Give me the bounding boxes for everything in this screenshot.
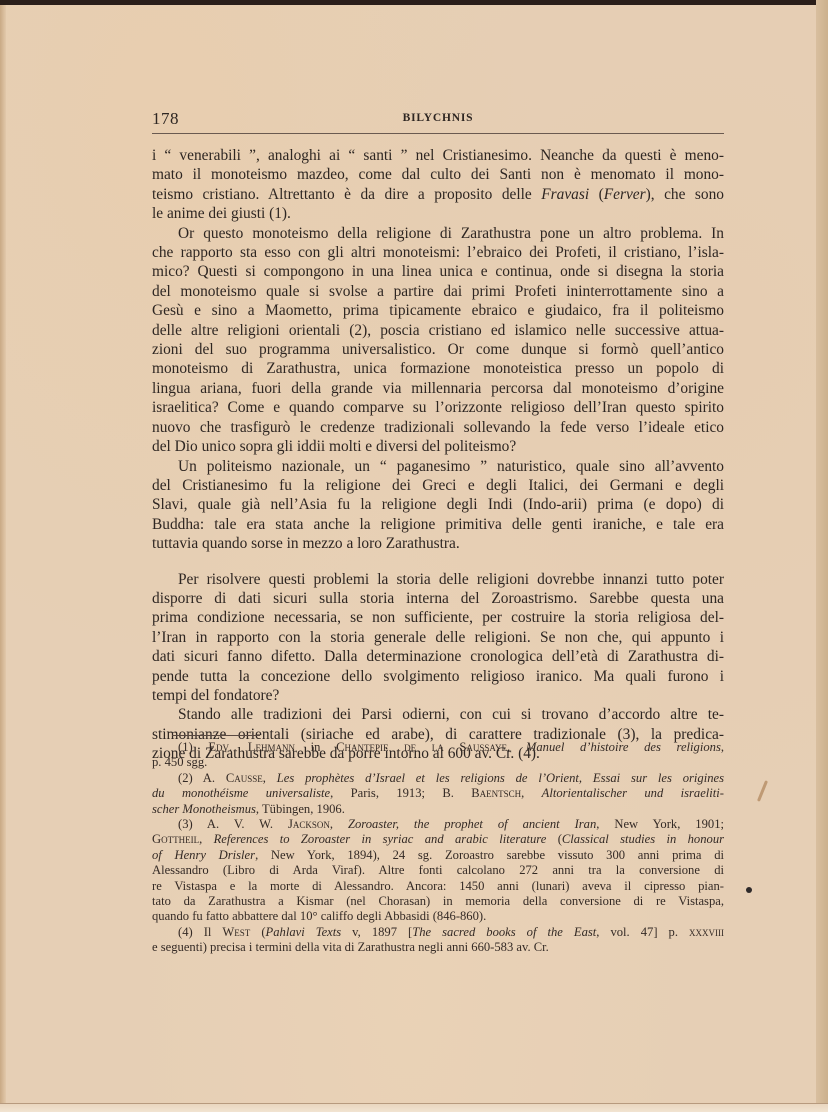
text-line: Slavi, quale già nell’Asia fu la religio… <box>152 495 724 514</box>
page-left-edge <box>0 5 6 1105</box>
book-title: Pahlavi Texts <box>266 925 342 939</box>
author-name: Gottheil <box>152 832 199 846</box>
body-text: i “ venerabili ”, analoghi ai “ santi ” … <box>152 146 724 764</box>
book-title: scher Monotheismus <box>152 802 256 816</box>
running-title: BILYCHNIS <box>152 112 724 124</box>
text-line: mato il monoteismo mazdeo, come dal cult… <box>152 165 724 184</box>
author-name: Baentsch <box>471 786 521 800</box>
paragraph-3: Un politeismo nazionale, un “ paganesimo… <box>152 457 724 554</box>
paragraph-1: i “ venerabili ”, analoghi ai “ santi ” … <box>152 146 724 224</box>
footnote-line: scher Monotheismus, Tübingen, 1906. <box>152 802 724 817</box>
footnote-number: (3) A. V. W. <box>178 817 288 831</box>
text-span: v, 1897 [ <box>341 925 412 939</box>
page-right-edge <box>816 0 828 1112</box>
text-line: nuovo che trasfigurò le credenze tradizi… <box>152 418 724 437</box>
footnote-line: (4) Il West (Pahlavi Texts v, 1897 [The … <box>152 925 724 940</box>
book-title: Zoroaster, the prophet of ancient Iran <box>348 817 596 831</box>
text-line: del Cristianesimo fu la religione dei Gr… <box>152 476 724 495</box>
page-bottom-edge <box>0 1103 828 1112</box>
text-line: che rapporto sta esso con gli altri mono… <box>152 243 724 262</box>
text-span: , vol. 47] p. <box>596 925 689 939</box>
text-line: mico? Questi si compongono in una linea … <box>152 262 724 281</box>
book-title: References to Zoroaster in syriac and ar… <box>214 832 547 846</box>
running-header: 178 BILYCHNIS <box>152 109 724 131</box>
series-title: of Henry Drisler <box>152 848 255 862</box>
text-line: zioni del suo programma universalistico.… <box>152 340 724 359</box>
footnote-line: e seguenti) precisa i termini della vita… <box>152 940 724 955</box>
text-span: , <box>521 786 542 800</box>
roman-numeral: xxxviii <box>689 925 724 939</box>
text-line: l’Iran in rapporto con la storia general… <box>152 628 724 647</box>
book-title: Les prophètes d’Israel et les religions … <box>277 771 724 785</box>
text-span: , Paris, 1913; B. <box>330 786 471 800</box>
text-span: teismo cristiano. Altrettanto è da dire … <box>152 186 541 203</box>
text-line: teismo cristiano. Altrettanto è da dire … <box>152 185 724 204</box>
footnote-number: (1) <box>178 740 208 754</box>
text-line: lingua ariana, fuori della grande via mi… <box>152 379 724 398</box>
footnote-line: (2) A. Causse, Les prophètes d’Israel et… <box>152 771 724 786</box>
footnote-1: (1) Edv. Lehmann in Chantepie de la Saus… <box>152 740 724 771</box>
text-line: del Dio unico sopra gli iddii molti e di… <box>152 437 724 456</box>
text-span: , <box>199 832 214 846</box>
footnotes: (1) Edv. Lehmann in Chantepie de la Saus… <box>152 740 724 956</box>
footnote-line: quando fu fatto abbattere dal 10° califf… <box>152 909 724 924</box>
text-span: , <box>330 817 348 831</box>
text-span: ( <box>589 186 604 203</box>
author-name: Jackson <box>288 817 330 831</box>
italic-term: Ferver <box>604 186 646 203</box>
text-line: pende tutta la concezione dello svolgime… <box>152 667 724 686</box>
header-rule <box>152 133 724 134</box>
author-name: Edv. Lehmann <box>208 740 295 754</box>
text-span: , Tübingen, 1906. <box>256 802 345 816</box>
text-line: disporre di dati sicuri sulla storia int… <box>152 589 724 608</box>
author-name: Causse <box>226 771 263 785</box>
text-span: , <box>263 771 277 785</box>
text-line: delle altre religioni orientali (2), pos… <box>152 321 724 340</box>
ink-dot <box>746 887 752 893</box>
paragraph-2: Or questo monoteismo della religione di … <box>152 224 724 457</box>
book-title: Altorientalischer und israeliti- <box>542 786 724 800</box>
author-name: Chantepie de la Saussaye <box>336 740 507 754</box>
text-line: Stando alle tradizioni dei Parsi odierni… <box>152 705 724 724</box>
footnote-number: (2) A. <box>178 771 226 785</box>
text-span: ( <box>546 832 562 846</box>
text-line: israelitica? Come e quando comparve su l… <box>152 398 724 417</box>
author-name: West <box>222 925 250 939</box>
italic-term: Fravasi <box>541 186 589 203</box>
text-line: prima condizione necessaria, se non suff… <box>152 608 724 627</box>
text-span: , New York, 1901; <box>596 817 724 831</box>
footnote-number: (4) Il <box>178 925 222 939</box>
text-span: ), che sono <box>646 186 724 203</box>
text-span: , New York, 1894), 24 sg. Zoroastro sare… <box>255 848 724 862</box>
text-line: Gesù e sino a Maometto, prima tipicament… <box>152 301 724 320</box>
series-title: Classical studies in honour <box>562 832 724 846</box>
book-title: du monothéisme universaliste <box>152 786 330 800</box>
text-line: Per risolvere questi problemi la storia … <box>152 570 724 589</box>
footnote-line: p. 450 sgg. <box>152 755 724 770</box>
footnote-line: (1) Edv. Lehmann in Chantepie de la Saus… <box>152 740 724 755</box>
footnote-line: of Henry Drisler, New York, 1894), 24 sg… <box>152 848 724 863</box>
text-span: ( <box>250 925 265 939</box>
footnote-line: Alessandro (Libro di Arda Viraf). Altre … <box>152 863 724 878</box>
text-span: in <box>295 740 336 754</box>
text-line: Un politeismo nazionale, un “ paganesimo… <box>152 457 724 476</box>
text-line: tempi del fondatore? <box>152 686 724 705</box>
footnote-line: Gottheil, References to Zoroaster in syr… <box>152 832 724 847</box>
footnote-4: (4) Il West (Pahlavi Texts v, 1897 [The … <box>152 925 724 956</box>
text-line: del monoteismo quale si svolse a partire… <box>152 282 724 301</box>
text-span: , <box>507 740 526 754</box>
text-line: le anime dei giusti (1). <box>152 204 724 223</box>
book-title: Manuel d’histoire des religions <box>526 740 721 754</box>
text-line: Buddha: tale era stata anche la religion… <box>152 515 724 534</box>
footnote-3: (3) A. V. W. Jackson, Zoroaster, the pro… <box>152 817 724 925</box>
footnote-line: (3) A. V. W. Jackson, Zoroaster, the pro… <box>152 817 724 832</box>
series-title: The sacred books of the East <box>412 925 596 939</box>
footnote-rule <box>172 735 260 736</box>
text-line: monoteismo di Zarathustra, unica formazi… <box>152 359 724 378</box>
text-line: Or questo monoteismo della religione di … <box>152 224 724 243</box>
paragraph-4: Per risolvere questi problemi la storia … <box>152 570 724 706</box>
text-span: , <box>721 740 724 754</box>
text-line: i “ venerabili ”, analoghi ai “ santi ” … <box>152 146 724 165</box>
footnote-line: tato da Zarathustra a Kismar (nel Choras… <box>152 894 724 909</box>
text-line: tuttavia quando sorse in mezzo a loro Za… <box>152 534 724 553</box>
footnote-line: re Vistaspa e la morte di Alessandro. An… <box>152 879 724 894</box>
footnote-line: du monothéisme universaliste, Paris, 191… <box>152 786 724 801</box>
footnote-2: (2) A. Causse, Les prophètes d’Israel et… <box>152 771 724 817</box>
text-line: dati sicuri fanno difetto. Dalla determi… <box>152 647 724 666</box>
